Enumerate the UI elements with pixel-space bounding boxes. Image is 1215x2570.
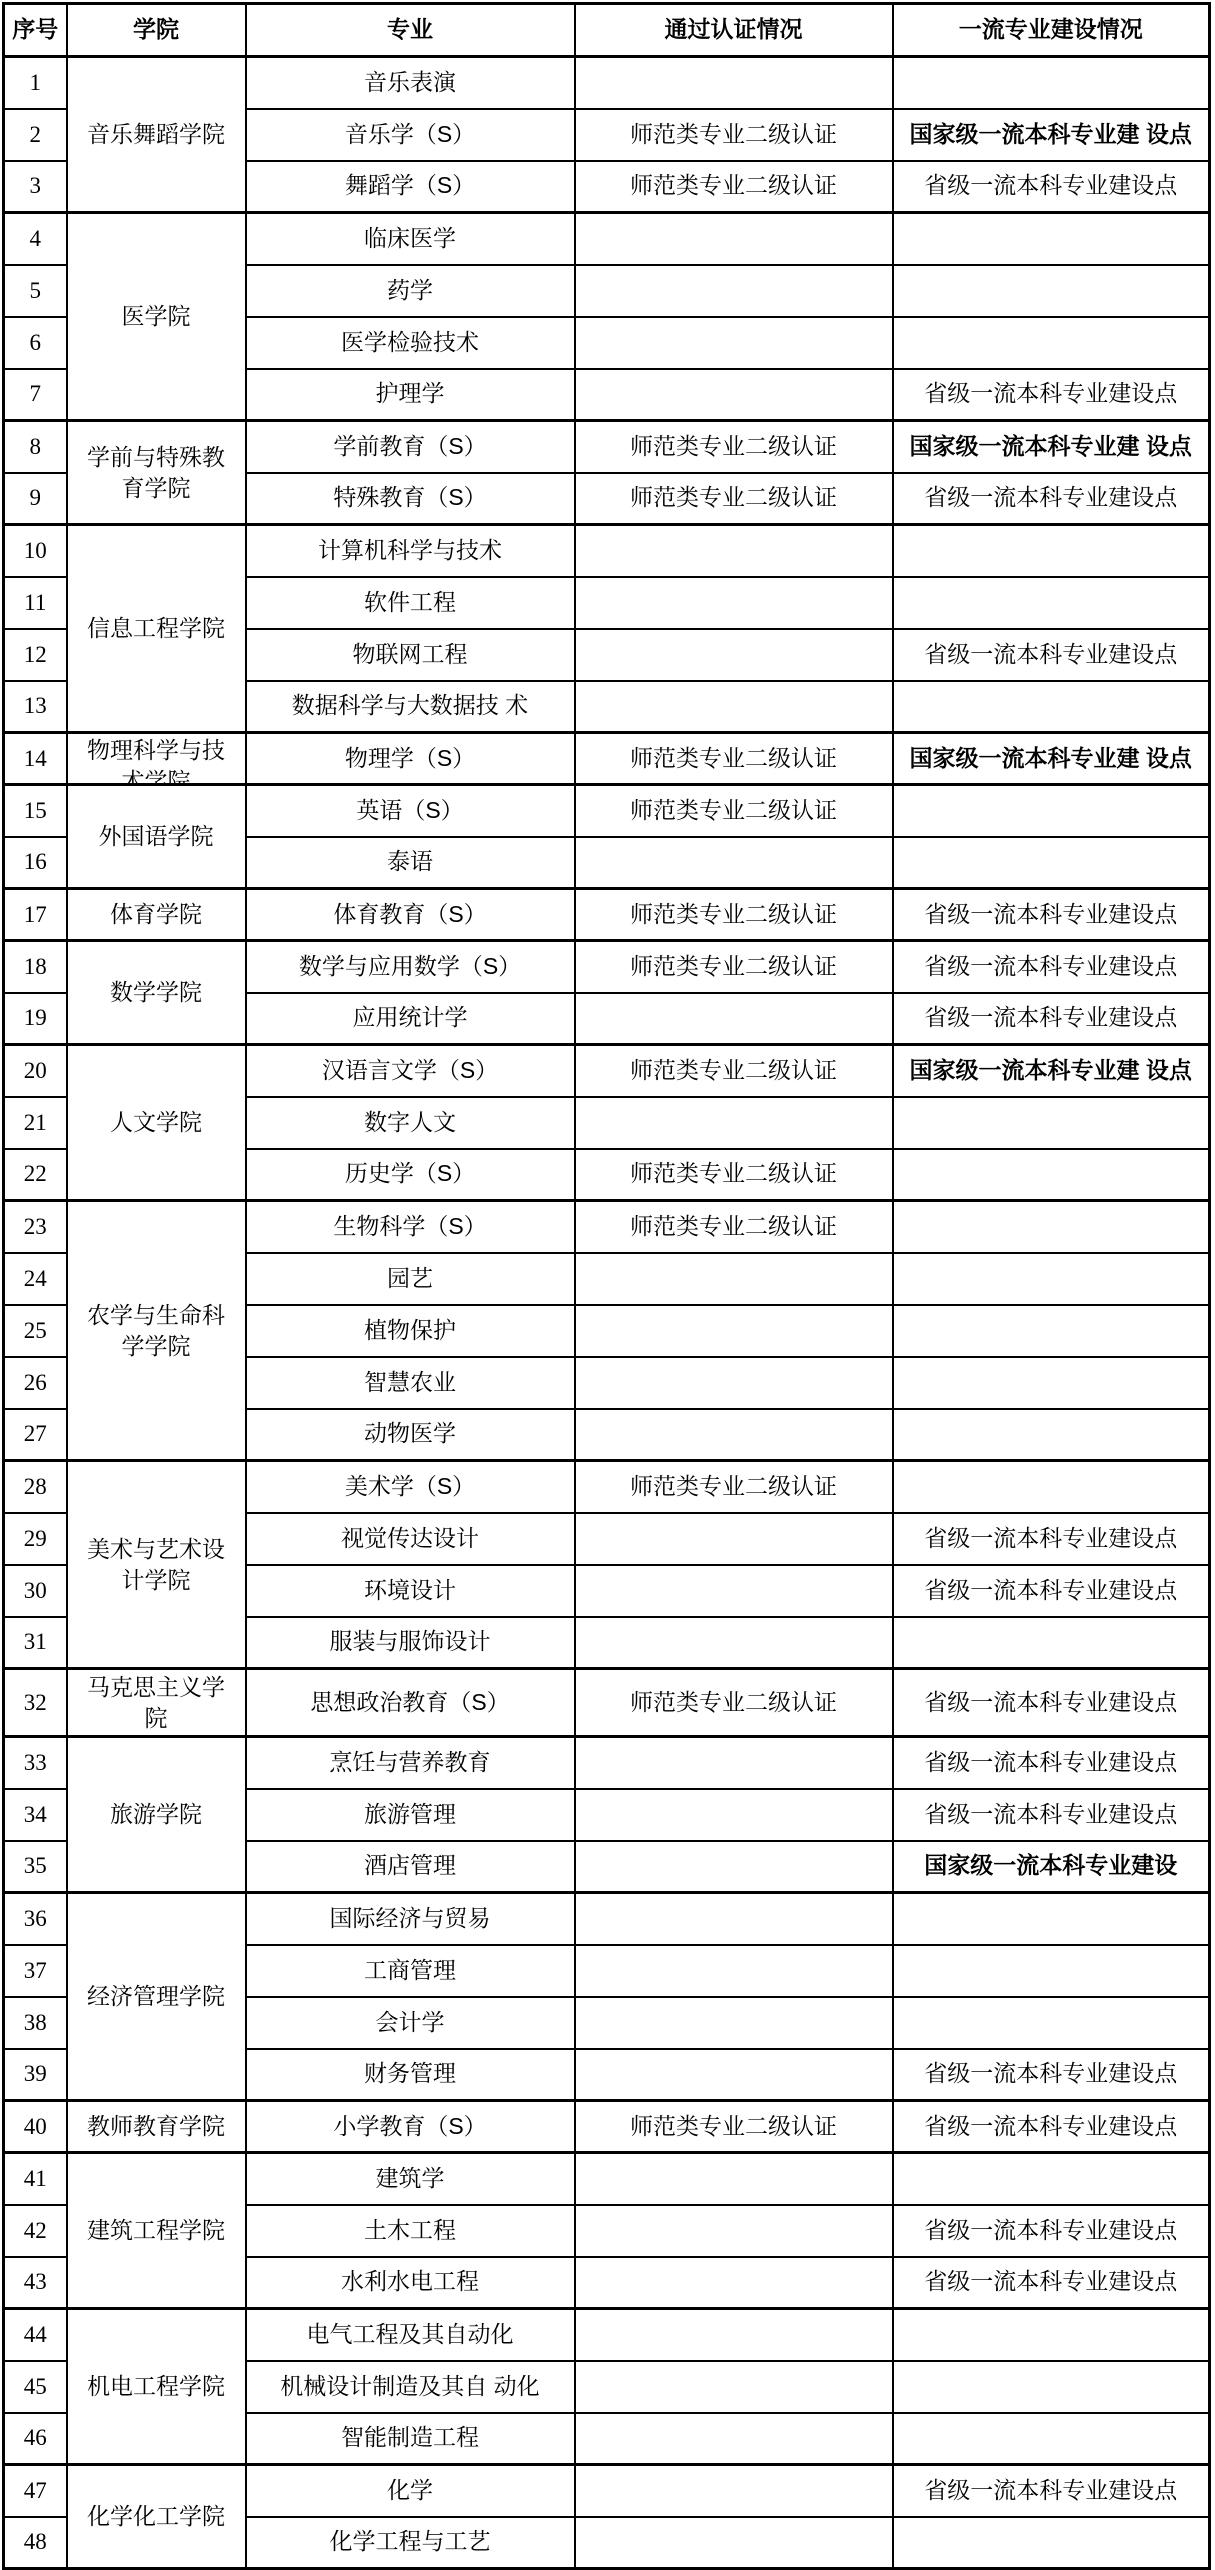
certification-cell	[575, 1097, 893, 1149]
first-class-cell	[893, 1997, 1210, 2049]
first-class-cell: 省级一流本科专业建设点	[893, 629, 1210, 681]
certification-cell: 师范类专业二级认证	[575, 1669, 893, 1737]
table-row: 20人文学院汉语言文学（S）师范类专业二级认证国家级一流本科专业建 设点	[4, 1045, 1210, 1097]
college-cell: 物理科学与技 术学院	[67, 733, 246, 785]
college-cell: 外国语学院	[67, 785, 246, 889]
certification-cell	[575, 265, 893, 317]
first-class-cell: 省级一流本科专业建设点	[893, 2205, 1210, 2257]
table-row: 32马克思主义学 院思想政治教育（S）师范类专业二级认证省级一流本科专业建设点	[4, 1669, 1210, 1737]
certification-cell: 师范类专业二级认证	[575, 733, 893, 785]
row-number-cell: 11	[4, 577, 67, 629]
first-class-cell	[893, 1357, 1210, 1409]
certification-cell	[575, 57, 893, 109]
row-number-cell: 19	[4, 993, 67, 1045]
major-cell: 计算机科学与技术	[246, 525, 575, 577]
college-name: 医学院	[68, 301, 245, 332]
header-row: 序号 学院 专业 通过认证情况 一流专业建设情况	[4, 4, 1210, 57]
major-cell: 工商管理	[246, 1945, 575, 1997]
college-name: 学前与特殊教 育学院	[68, 442, 245, 504]
college-name: 经济管理学院	[68, 1981, 245, 2012]
certification-cell: 师范类专业二级认证	[575, 785, 893, 837]
first-class-cell: 省级一流本科专业建设点	[893, 1565, 1210, 1617]
certification-cell	[575, 1409, 893, 1461]
header-major: 专业	[246, 4, 575, 57]
college-name: 体育学院	[68, 899, 245, 930]
row-number-cell: 2	[4, 109, 67, 161]
certification-cell	[575, 2465, 893, 2517]
certification-cell	[575, 2517, 893, 2569]
first-class-cell	[893, 2309, 1210, 2361]
certification-cell	[575, 2257, 893, 2309]
major-cell: 化学工程与工艺	[246, 2517, 575, 2569]
first-class-cell	[893, 1097, 1210, 1149]
college-name: 旅游学院	[68, 1799, 245, 1830]
first-class-cell: 省级一流本科专业建设点	[893, 2101, 1210, 2153]
college-cell: 建筑工程学院	[67, 2153, 246, 2309]
table-row: 15外国语学院英语（S）师范类专业二级认证	[4, 785, 1210, 837]
major-cell: 机械设计制造及其自 动化	[246, 2361, 575, 2413]
row-number-cell: 38	[4, 1997, 67, 2049]
major-cell: 临床医学	[246, 213, 575, 265]
row-number-cell: 47	[4, 2465, 67, 2517]
first-class-cell: 省级一流本科专业建设点	[893, 993, 1210, 1045]
certification-cell	[575, 1253, 893, 1305]
college-cell: 美术与艺术设 计学院	[67, 1461, 246, 1669]
college-name: 马克思主义学 院	[68, 1672, 245, 1734]
major-cell: 小学教育（S）	[246, 2101, 575, 2153]
certification-cell	[575, 837, 893, 889]
first-class-cell	[893, 577, 1210, 629]
first-class-cell	[893, 681, 1210, 733]
first-class-cell: 省级一流本科专业建设点	[893, 889, 1210, 941]
first-class-cell	[893, 837, 1210, 889]
first-class-cell	[893, 1945, 1210, 1997]
row-number-cell: 25	[4, 1305, 67, 1357]
certification-cell	[575, 525, 893, 577]
row-number-cell: 7	[4, 369, 67, 421]
first-class-cell: 省级一流本科专业建设点	[893, 1737, 1210, 1789]
row-number-cell: 6	[4, 317, 67, 369]
first-class-cell	[893, 1149, 1210, 1201]
first-class-cell	[893, 317, 1210, 369]
row-number-cell: 31	[4, 1617, 67, 1669]
row-number-cell: 18	[4, 941, 67, 993]
row-number-cell: 10	[4, 525, 67, 577]
majors-table: 序号 学院 专业 通过认证情况 一流专业建设情况 1音乐舞蹈学院音乐表演2音乐学…	[2, 2, 1211, 2570]
table-row: 8学前与特殊教 育学院学前教育（S）师范类专业二级认证国家级一流本科专业建 设点	[4, 421, 1210, 473]
first-class-cell	[893, 1617, 1210, 1669]
row-number-cell: 1	[4, 57, 67, 109]
certification-cell	[575, 1737, 893, 1789]
major-cell: 音乐表演	[246, 57, 575, 109]
certification-cell	[575, 681, 893, 733]
header-certification: 通过认证情况	[575, 4, 893, 57]
certification-cell	[575, 2049, 893, 2101]
major-cell: 汉语言文学（S）	[246, 1045, 575, 1097]
row-number-cell: 24	[4, 1253, 67, 1305]
first-class-cell: 省级一流本科专业建设点	[893, 369, 1210, 421]
major-cell: 生物科学（S）	[246, 1201, 575, 1253]
major-cell: 学前教育（S）	[246, 421, 575, 473]
row-number-cell: 23	[4, 1201, 67, 1253]
table-row: 23农学与生命科 学学院生物科学（S）师范类专业二级认证	[4, 1201, 1210, 1253]
certification-cell: 师范类专业二级认证	[575, 421, 893, 473]
certification-cell	[575, 1789, 893, 1841]
college-name: 建筑工程学院	[68, 2215, 245, 2246]
college-name: 美术与艺术设 计学院	[68, 1534, 245, 1596]
row-number-cell: 34	[4, 1789, 67, 1841]
row-number-cell: 13	[4, 681, 67, 733]
row-number-cell: 44	[4, 2309, 67, 2361]
first-class-cell: 国家级一流本科专业建 设点	[893, 733, 1210, 785]
row-number-cell: 4	[4, 213, 67, 265]
header-first-class: 一流专业建设情况	[893, 4, 1210, 57]
certification-cell: 师范类专业二级认证	[575, 941, 893, 993]
major-cell: 植物保护	[246, 1305, 575, 1357]
major-cell: 物联网工程	[246, 629, 575, 681]
row-number-cell: 35	[4, 1841, 67, 1893]
first-class-cell	[893, 57, 1210, 109]
header-no: 序号	[4, 4, 67, 57]
major-cell: 护理学	[246, 369, 575, 421]
major-cell: 智慧农业	[246, 1357, 575, 1409]
row-number-cell: 8	[4, 421, 67, 473]
certification-cell	[575, 213, 893, 265]
college-cell: 农学与生命科 学学院	[67, 1201, 246, 1461]
certification-cell	[575, 1617, 893, 1669]
major-cell: 数学与应用数学（S）	[246, 941, 575, 993]
college-name: 音乐舞蹈学院	[68, 119, 245, 150]
certification-cell	[575, 1305, 893, 1357]
row-number-cell: 3	[4, 161, 67, 213]
college-name: 化学化工学院	[68, 2501, 245, 2532]
row-number-cell: 37	[4, 1945, 67, 1997]
first-class-cell: 国家级一流本科专业建 设点	[893, 421, 1210, 473]
certification-cell	[575, 317, 893, 369]
certification-cell	[575, 993, 893, 1045]
certification-cell	[575, 577, 893, 629]
certification-cell	[575, 1565, 893, 1617]
college-cell: 数学学院	[67, 941, 246, 1045]
major-cell: 园艺	[246, 1253, 575, 1305]
first-class-cell	[893, 2517, 1210, 2569]
first-class-cell: 省级一流本科专业建设点	[893, 941, 1210, 993]
header-college: 学院	[67, 4, 246, 57]
row-number-cell: 43	[4, 2257, 67, 2309]
first-class-cell	[893, 2153, 1210, 2205]
row-number-cell: 45	[4, 2361, 67, 2413]
major-cell: 水利水电工程	[246, 2257, 575, 2309]
certification-cell: 师范类专业二级认证	[575, 1201, 893, 1253]
row-number-cell: 26	[4, 1357, 67, 1409]
first-class-cell: 省级一流本科专业建设点	[893, 1669, 1210, 1737]
first-class-cell: 省级一流本科专业建设点	[893, 161, 1210, 213]
certification-cell: 师范类专业二级认证	[575, 473, 893, 525]
major-cell: 美术学（S）	[246, 1461, 575, 1513]
row-number-cell: 40	[4, 2101, 67, 2153]
major-cell: 音乐学（S）	[246, 109, 575, 161]
major-cell: 电气工程及其自动化	[246, 2309, 575, 2361]
first-class-cell	[893, 1461, 1210, 1513]
major-cell: 动物医学	[246, 1409, 575, 1461]
table-row: 1音乐舞蹈学院音乐表演	[4, 57, 1210, 109]
row-number-cell: 48	[4, 2517, 67, 2569]
college-cell: 教师教育学院	[67, 2101, 246, 2153]
major-cell: 应用统计学	[246, 993, 575, 1045]
certification-cell	[575, 1945, 893, 1997]
major-cell: 药学	[246, 265, 575, 317]
first-class-cell	[893, 1893, 1210, 1945]
college-cell: 人文学院	[67, 1045, 246, 1201]
certification-cell: 师范类专业二级认证	[575, 1045, 893, 1097]
major-cell: 特殊教育（S）	[246, 473, 575, 525]
table-row: 33旅游学院烹饪与营养教育省级一流本科专业建设点	[4, 1737, 1210, 1789]
college-name: 外国语学院	[68, 821, 245, 852]
document-page: 序号 学院 专业 通过认证情况 一流专业建设情况 1音乐舞蹈学院音乐表演2音乐学…	[0, 0, 1215, 2566]
first-class-cell: 省级一流本科专业建设点	[893, 2465, 1210, 2517]
row-number-cell: 17	[4, 889, 67, 941]
table-body: 1音乐舞蹈学院音乐表演2音乐学（S）师范类专业二级认证国家级一流本科专业建 设点…	[4, 57, 1210, 2569]
certification-cell: 师范类专业二级认证	[575, 2101, 893, 2153]
certification-cell	[575, 2153, 893, 2205]
major-cell: 医学检验技术	[246, 317, 575, 369]
certification-cell: 师范类专业二级认证	[575, 1461, 893, 1513]
first-class-cell: 省级一流本科专业建设点	[893, 1789, 1210, 1841]
certification-cell	[575, 1357, 893, 1409]
certification-cell	[575, 1893, 893, 1945]
certification-cell	[575, 2205, 893, 2257]
college-cell: 旅游学院	[67, 1737, 246, 1893]
college-cell: 医学院	[67, 213, 246, 421]
major-cell: 舞蹈学（S）	[246, 161, 575, 213]
college-cell: 马克思主义学 院	[67, 1669, 246, 1737]
row-number-cell: 33	[4, 1737, 67, 1789]
major-cell: 软件工程	[246, 577, 575, 629]
certification-cell	[575, 1513, 893, 1565]
first-class-cell: 国家级一流本科专业建设	[893, 1841, 1210, 1893]
certification-cell: 师范类专业二级认证	[575, 109, 893, 161]
first-class-cell	[893, 525, 1210, 577]
table-row: 4医学院临床医学	[4, 213, 1210, 265]
first-class-cell: 国家级一流本科专业建 设点	[893, 109, 1210, 161]
table-row: 28美术与艺术设 计学院美术学（S）师范类专业二级认证	[4, 1461, 1210, 1513]
major-cell: 数字人文	[246, 1097, 575, 1149]
row-number-cell: 20	[4, 1045, 67, 1097]
college-name: 数学学院	[68, 977, 245, 1008]
college-name: 物理科学与技 术学院	[68, 735, 245, 783]
certification-cell	[575, 2361, 893, 2413]
row-number-cell: 29	[4, 1513, 67, 1565]
row-number-cell: 16	[4, 837, 67, 889]
college-name: 机电工程学院	[68, 2371, 245, 2402]
certification-cell	[575, 2413, 893, 2465]
row-number-cell: 46	[4, 2413, 67, 2465]
college-cell: 音乐舞蹈学院	[67, 57, 246, 213]
college-cell: 学前与特殊教 育学院	[67, 421, 246, 525]
major-cell: 思想政治教育（S）	[246, 1669, 575, 1737]
first-class-cell	[893, 265, 1210, 317]
college-name: 信息工程学院	[68, 613, 245, 644]
major-cell: 体育教育（S）	[246, 889, 575, 941]
row-number-cell: 39	[4, 2049, 67, 2101]
first-class-cell	[893, 1201, 1210, 1253]
row-number-cell: 41	[4, 2153, 67, 2205]
college-cell: 体育学院	[67, 889, 246, 941]
major-cell: 视觉传达设计	[246, 1513, 575, 1565]
row-number-cell: 15	[4, 785, 67, 837]
table-row: 14物理科学与技 术学院物理学（S）师范类专业二级认证国家级一流本科专业建 设点	[4, 733, 1210, 785]
first-class-cell	[893, 1253, 1210, 1305]
college-cell: 化学化工学院	[67, 2465, 246, 2569]
major-cell: 智能制造工程	[246, 2413, 575, 2465]
table-row: 44机电工程学院电气工程及其自动化	[4, 2309, 1210, 2361]
table-row: 17体育学院体育教育（S）师范类专业二级认证省级一流本科专业建设点	[4, 889, 1210, 941]
first-class-cell: 省级一流本科专业建设点	[893, 2049, 1210, 2101]
major-cell: 环境设计	[246, 1565, 575, 1617]
table-row: 41建筑工程学院建筑学	[4, 2153, 1210, 2205]
first-class-cell	[893, 785, 1210, 837]
college-name: 农学与生命科 学学院	[68, 1300, 245, 1362]
row-number-cell: 30	[4, 1565, 67, 1617]
major-cell: 土木工程	[246, 2205, 575, 2257]
row-number-cell: 42	[4, 2205, 67, 2257]
first-class-cell: 国家级一流本科专业建 设点	[893, 1045, 1210, 1097]
college-name: 人文学院	[68, 1107, 245, 1138]
row-number-cell: 36	[4, 1893, 67, 1945]
first-class-cell: 省级一流本科专业建设点	[893, 473, 1210, 525]
row-number-cell: 9	[4, 473, 67, 525]
first-class-cell: 省级一流本科专业建设点	[893, 1513, 1210, 1565]
major-cell: 数据科学与大数据技 术	[246, 681, 575, 733]
major-cell: 财务管理	[246, 2049, 575, 2101]
major-cell: 化学	[246, 2465, 575, 2517]
table-row: 10信息工程学院计算机科学与技术	[4, 525, 1210, 577]
major-cell: 服装与服饰设计	[246, 1617, 575, 1669]
major-cell: 国际经济与贸易	[246, 1893, 575, 1945]
table-row: 18数学学院数学与应用数学（S）师范类专业二级认证省级一流本科专业建设点	[4, 941, 1210, 993]
major-cell: 英语（S）	[246, 785, 575, 837]
certification-cell: 师范类专业二级认证	[575, 1149, 893, 1201]
certification-cell	[575, 369, 893, 421]
major-cell: 会计学	[246, 1997, 575, 2049]
college-cell: 信息工程学院	[67, 525, 246, 733]
college-cell: 机电工程学院	[67, 2309, 246, 2465]
major-cell: 物理学（S）	[246, 733, 575, 785]
major-cell: 历史学（S）	[246, 1149, 575, 1201]
major-cell: 酒店管理	[246, 1841, 575, 1893]
major-cell: 泰语	[246, 837, 575, 889]
certification-cell	[575, 629, 893, 681]
certification-cell: 师范类专业二级认证	[575, 889, 893, 941]
certification-cell	[575, 2309, 893, 2361]
first-class-cell	[893, 1409, 1210, 1461]
row-number-cell: 14	[4, 733, 67, 785]
table-row: 36经济管理学院国际经济与贸易	[4, 1893, 1210, 1945]
major-cell: 烹饪与营养教育	[246, 1737, 575, 1789]
first-class-cell	[893, 2413, 1210, 2465]
first-class-cell	[893, 2361, 1210, 2413]
first-class-cell	[893, 1305, 1210, 1357]
row-number-cell: 27	[4, 1409, 67, 1461]
certification-cell: 师范类专业二级认证	[575, 161, 893, 213]
row-number-cell: 28	[4, 1461, 67, 1513]
certification-cell	[575, 1997, 893, 2049]
certification-cell	[575, 1841, 893, 1893]
row-number-cell: 22	[4, 1149, 67, 1201]
college-cell: 经济管理学院	[67, 1893, 246, 2101]
row-number-cell: 21	[4, 1097, 67, 1149]
table-row: 40教师教育学院小学教育（S）师范类专业二级认证省级一流本科专业建设点	[4, 2101, 1210, 2153]
major-cell: 建筑学	[246, 2153, 575, 2205]
college-name: 教师教育学院	[68, 2111, 245, 2142]
row-number-cell: 12	[4, 629, 67, 681]
row-number-cell: 5	[4, 265, 67, 317]
first-class-cell	[893, 213, 1210, 265]
table-row: 47化学化工学院化学省级一流本科专业建设点	[4, 2465, 1210, 2517]
major-cell: 旅游管理	[246, 1789, 575, 1841]
row-number-cell: 32	[4, 1669, 67, 1737]
first-class-cell: 省级一流本科专业建设点	[893, 2257, 1210, 2309]
